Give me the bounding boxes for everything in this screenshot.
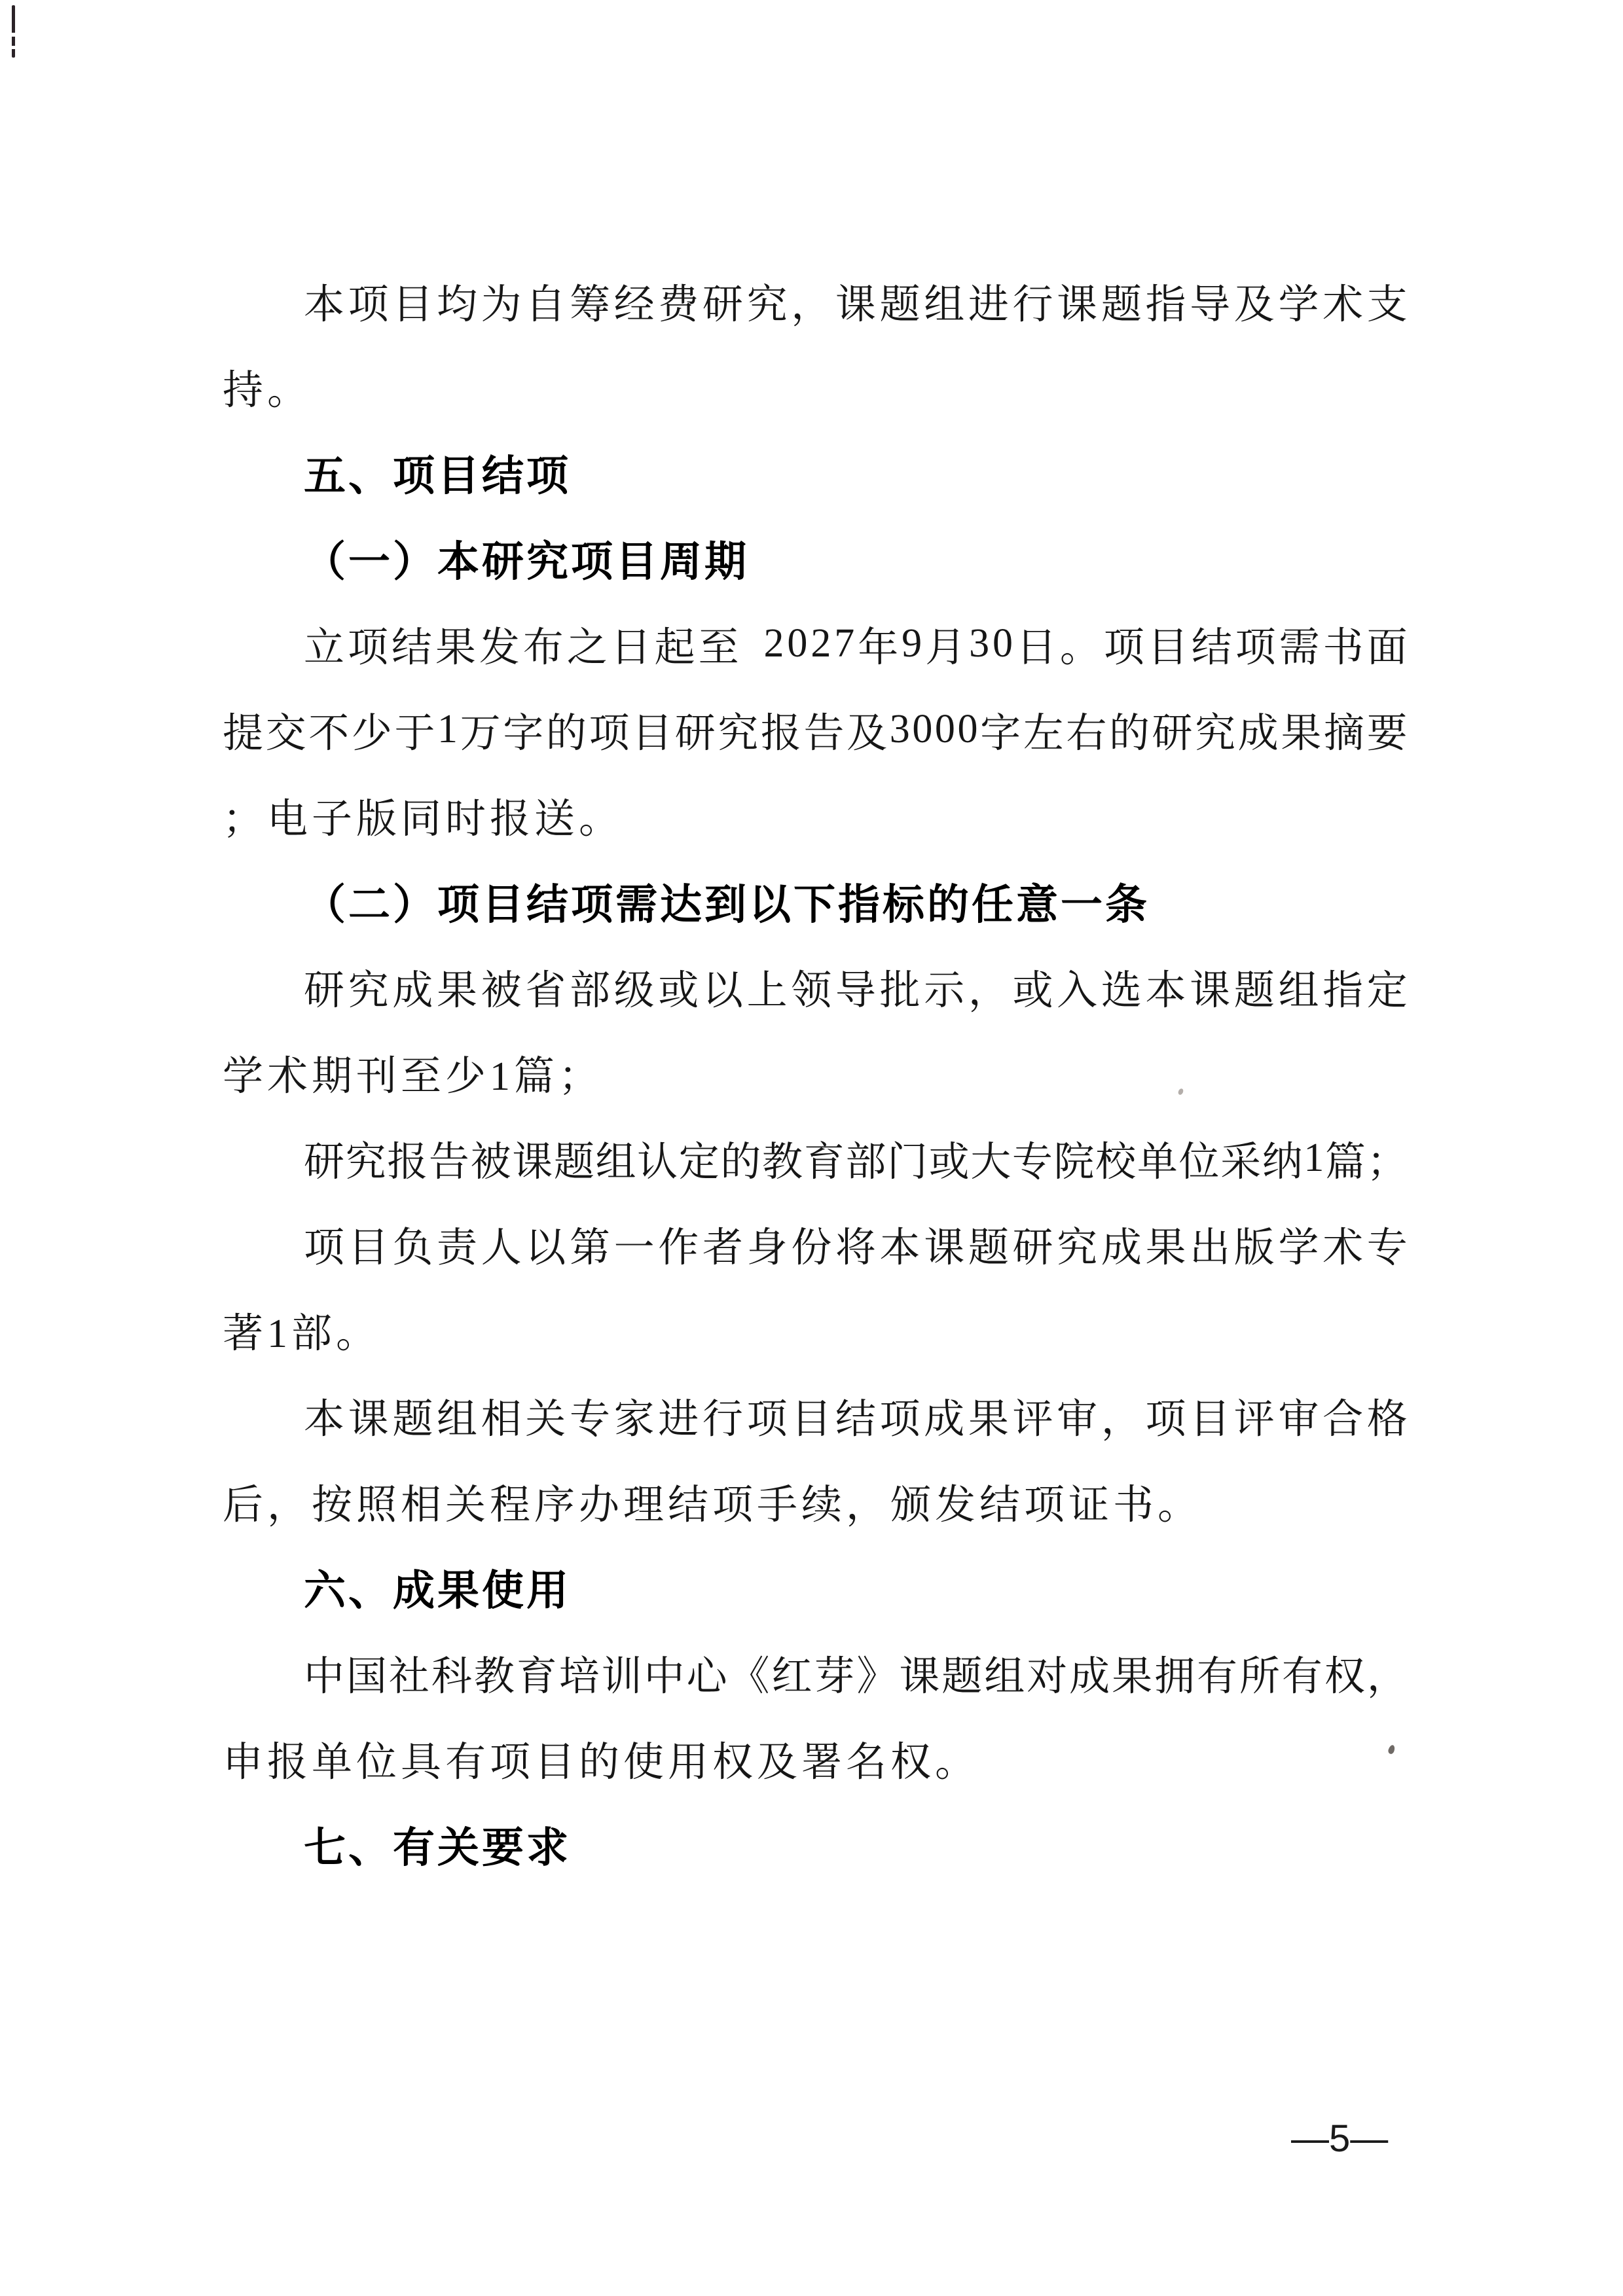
document-body: 本项目均为自筹经费研究，课题组进行课题指导及学术支持。五、项目结项（一）本研究项…	[223, 258, 1408, 1887]
body-text-line: 持。	[223, 344, 1408, 429]
body-text-line: 后，按照相关程序办理结项手续，颁发结项证书。	[223, 1458, 1408, 1544]
body-text-line: 申报单位具有项目的使用权及署名权。	[223, 1715, 1408, 1801]
scanned-document-page: 本项目均为自筹经费研究，课题组进行课题指导及学术支持。五、项目结项（一）本研究项…	[0, 0, 1623, 2296]
body-text-line: 提交不少于1万字的项目研究报告及3000字左右的研究成果摘要	[223, 687, 1408, 772]
heading-line: （一）本研究项目周期	[223, 515, 1408, 601]
body-text-line: 研究报告被课题组认定的教育部门或大专院校单位采纳1篇；	[223, 1115, 1408, 1201]
heading-line: 五、项目结项	[223, 429, 1408, 515]
page-number: —5—	[1291, 2117, 1388, 2161]
body-text-line: 本课题组相关专家进行项目结项成果评审，项目评审合格	[223, 1372, 1408, 1458]
body-text-line: 研究成果被省部级或以上领导批示，或入选本课题组指定	[223, 944, 1408, 1030]
body-text-line: 本项目均为自筹经费研究，课题组进行课题指导及学术支	[223, 258, 1408, 344]
heading-line: 六、成果使用	[223, 1544, 1408, 1630]
body-text-line: 项目负责人以第一作者身份将本课题研究成果出版学术专	[223, 1201, 1408, 1287]
scan-artifact-edge-line	[12, 5, 15, 58]
heading-line: 七、有关要求	[223, 1801, 1408, 1887]
body-text-line: 学术期刊至少1篇；	[223, 1030, 1408, 1115]
body-text-line: 立项结果发布之日起至2027年9月30日。项目结项需书面	[223, 601, 1408, 687]
body-text-line: 中国社科教育培训中心《红芽》课题组对成果拥有所有权，	[223, 1630, 1408, 1715]
body-text-line: ；电子版同时报送。	[223, 772, 1408, 858]
heading-line: （二）项目结项需达到以下指标的任意一条	[223, 858, 1408, 944]
body-text-line: 著1部。	[223, 1287, 1408, 1372]
